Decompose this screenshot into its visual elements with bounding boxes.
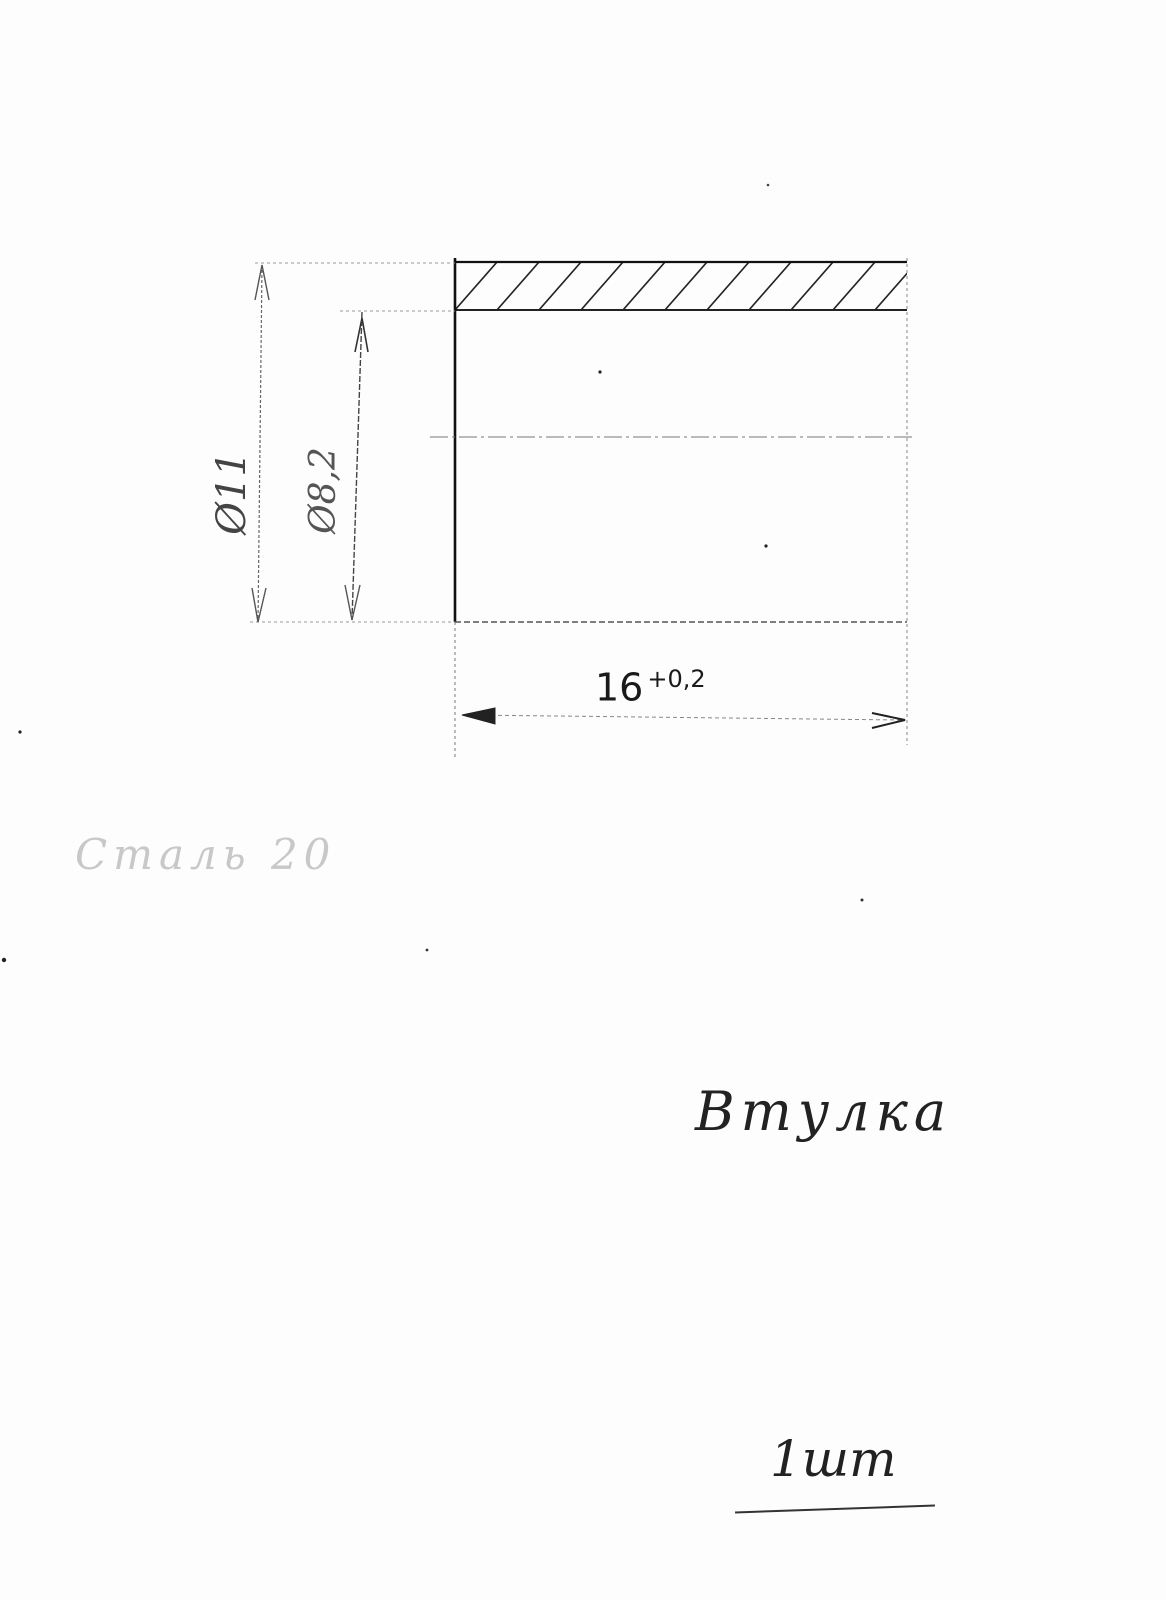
length-label: 16+0,2 bbox=[595, 665, 706, 710]
drawing-sheet: Ø11 Ø8,2 16+0,2 Сталь 20 Втулка 1шт bbox=[0, 0, 1166, 1600]
outer-diameter-arrow-down-icon bbox=[252, 588, 266, 622]
inner-diameter-dim-line bbox=[352, 312, 362, 620]
bushing-sketch bbox=[0, 0, 1166, 1600]
length-nominal: 16 bbox=[595, 666, 643, 710]
outer-diameter-label: Ø11 bbox=[209, 451, 255, 535]
length-dim-line bbox=[470, 715, 900, 720]
quantity-label: 1шт bbox=[770, 1430, 897, 1488]
material-label: Сталь 20 bbox=[75, 830, 336, 879]
outer-diameter-dim-line bbox=[258, 265, 262, 622]
length-arrow-left-icon bbox=[462, 708, 495, 724]
inner-diameter-label: Ø8,2 bbox=[303, 447, 344, 534]
part-name-label: Втулка bbox=[695, 1080, 952, 1143]
hatched-wall-section bbox=[455, 262, 907, 310]
length-tolerance: +0,2 bbox=[647, 665, 705, 693]
length-arrow-right-icon bbox=[872, 713, 905, 728]
